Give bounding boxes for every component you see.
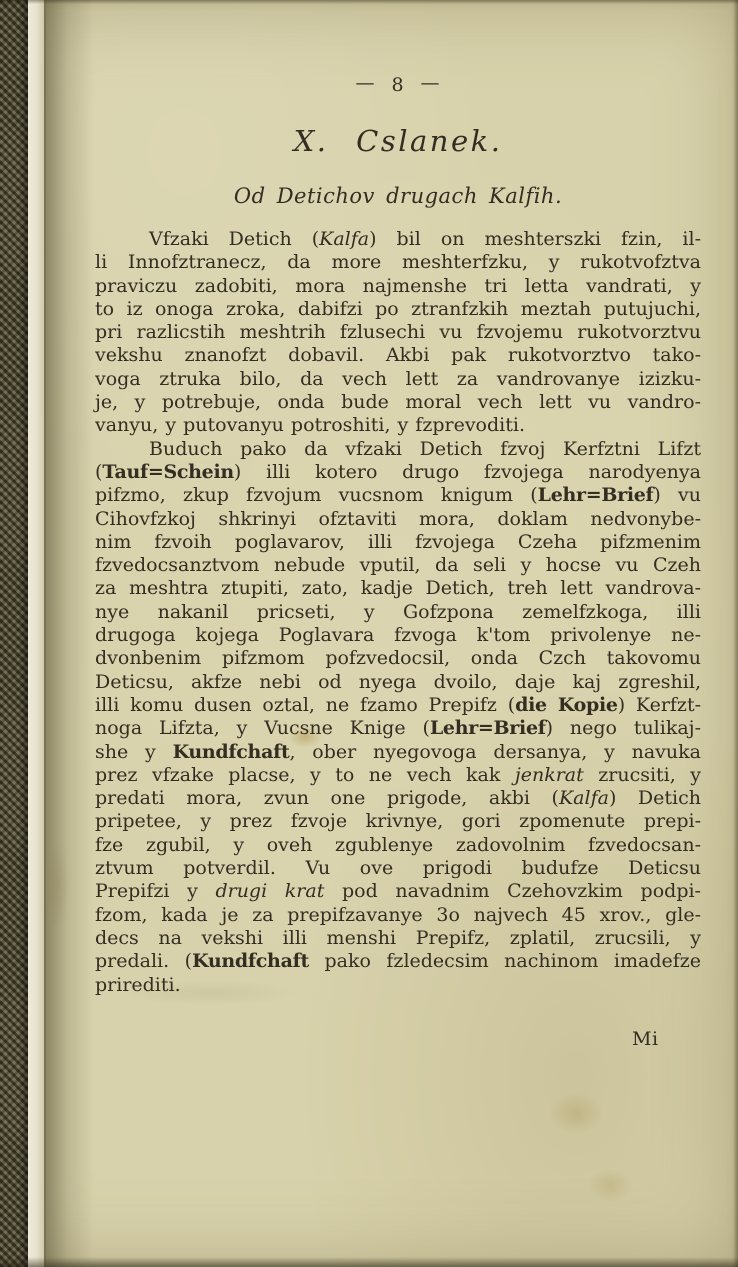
text-line: voga ztruka bilo, da vech lett za vandro… [95,368,701,391]
text-segment: to iz onoga zroka, dabifzi po ztranfzkih… [95,298,701,320]
text-segment: pripetee, y prez fzvoje krivnye, gori zp… [95,810,701,832]
text-segment: Deticsu, akfze nebi od nyega dvoilo, daj… [95,671,701,693]
text-segment: praviczu zadobiti, mora najmenshe tri le… [95,275,701,297]
text-block: Vfzaki Detich (Kalfa) bil on meshterszki… [95,228,701,997]
text-line: vanyu, y putovanyu potroshiti, y fzprevo… [95,414,701,437]
text-line: fzom, kada je za prepifzavanye 3o najvec… [95,904,701,927]
text-line: drugoga kojega Poglavara fzvoga k'tom pr… [95,624,701,647]
text-segment: drugoga kojega Poglavara fzvoga k'tom pr… [95,624,701,646]
text-segment: prirediti. [95,974,181,996]
text-line: je, y potrebuje, onda bude moral vech le… [95,391,701,414]
text-segment: zrucsiti, y [584,764,701,786]
text-line: she y Kundfchaft, ober nyegovoga dersany… [95,741,701,764]
text-segment: nye nakanil pricseti, y Gofzpona zemelfz… [95,601,701,623]
text-line: illi komu dusen oztal, ne fzamo Prepifz … [95,694,701,717]
text-segment: Vfzaki Detich ( [149,228,319,250]
text-line: prirediti. [95,974,701,997]
italic-text-segment: Kalfa [319,228,369,250]
gutter-shadow [46,0,94,1267]
text-segment: she y [95,741,173,763]
text-line: pripetee, y prez fzvoje krivnye, gori zp… [95,810,701,833]
text-line: vekshu znanofzt dobavil. Akbi pak rukotv… [95,344,701,367]
text-line: Prepifzi y drugi krat pod navadnim Czeho… [95,880,701,903]
text-line: Vfzaki Detich (Kalfa) bil on meshterszki… [95,228,701,251]
text-segment: dvonbenim pifzmom pofzvedocsil, onda Czc… [95,647,701,669]
fraktur-text-segment: Lehr=Brief [538,484,654,506]
text-segment: nim fzvoih poglavarov, illi fzvojega Cze… [95,531,701,553]
text-segment: je, y potrebuje, onda bude moral vech le… [95,391,701,413]
text-line: fzvedocsanztvom nebude vputil, da seli y… [95,554,701,577]
text-segment: prez vfzake placse, y to ne vech kak [95,764,515,786]
text-line: fze zgubil, y oveh zgublenye zadovolnim … [95,834,701,857]
text-line: Deticsu, akfze nebi od nyega dvoilo, daj… [95,671,701,694]
text-segment: pifzmo, zkup fzvojum vucsnom knigum ( [95,484,538,506]
text-line: prez vfzake placse, y to ne vech kak jen… [95,764,701,787]
text-segment: pri razlicstih meshtrih fzlusechi vu fzv… [95,321,701,343]
scanned-book-page: —8— X. Cslanek. Od Detichov drugach Kalf… [0,0,738,1267]
header-dash-left: — [355,72,375,94]
text-line: praviczu zadobiti, mora najmenshe tri le… [95,275,701,298]
text-segment: za meshtra ztupiti, zato, kadje Detich, … [95,577,701,599]
text-segment: voga ztruka bilo, da vech lett za vandro… [95,368,701,390]
page-right-edge [733,0,738,1267]
text-segment: li Innofztranecz, da more meshterfzku, y… [95,251,701,273]
text-line: Buduch pako da vfzaki Detich fzvoj Kerfz… [95,438,701,461]
fraktur-text-segment: Kundfchaft [192,950,309,972]
fraktur-text-segment: die Kopie [515,694,618,716]
text-line: to iz onoga zroka, dabifzi po ztranfzkih… [95,298,701,321]
book-binding-cloth [0,0,28,1267]
catchword: Mi [632,1028,659,1050]
text-segment: ) vu [653,484,701,506]
text-segment: ) illi kotero drugo fzvojega narodyenya [234,461,701,483]
text-segment: Cihovfzkoj shkrinyi ofztaviti mora, dokl… [95,508,701,530]
text-segment: illi komu dusen oztal, ne fzamo Prepifz … [95,694,515,716]
text-segment: predali. ( [95,950,192,972]
text-line: decs na vekshi illi menshi Prepifz, zpla… [95,927,701,950]
page-content: —8— X. Cslanek. Od Detichov drugach Kalf… [95,0,701,1267]
page-edge-strip [28,0,46,1267]
text-segment: ) Detich [609,787,701,809]
text-line: pifzmo, zkup fzvojum vucsnom knigum (Leh… [95,484,701,507]
text-line: li Innofztranecz, da more meshterfzku, y… [95,251,701,274]
text-segment: ) nego tulikaj- [546,717,701,739]
text-line: nim fzvoih poglavarov, illi fzvojega Cze… [95,531,701,554]
text-segment: predati mora, zvun one prigode, akbi ( [95,787,559,809]
italic-text-segment: drugi krat [215,880,324,902]
text-segment: ztvum potverdil. Vu ove prigodi budufze … [95,857,701,879]
page-number: 8 [391,74,404,96]
text-segment: vekshu znanofzt dobavil. Akbi pak rukotv… [95,344,701,366]
text-segment: pako fzledecsim nachinom imadefze [309,950,701,972]
text-line: predali. (Kundfchaft pako fzledecsim nac… [95,950,701,973]
text-line: nye nakanil pricseti, y Gofzpona zemelfz… [95,601,701,624]
text-segment: fze zgubil, y oveh zgublenye zadovolnim … [95,834,701,856]
text-line: (Tauf=Schein) illi kotero drugo fzvojega… [95,461,701,484]
text-segment: Buduch pako da vfzaki Detich fzvoj Kerfz… [149,438,701,460]
text-segment: pod navadnim Czehovzkim podpi- [324,880,701,902]
text-line: Cihovfzkoj shkrinyi ofztaviti mora, dokl… [95,508,701,531]
text-line: noga Lifzta, y Vucsne Knige (Lehr=Brief)… [95,717,701,740]
chapter-title: X. Cslanek. [95,124,701,158]
text-segment: , ober nyegovoga dersanya, y navuka [289,741,701,763]
text-line: predati mora, zvun one prigode, akbi (Ka… [95,787,701,810]
italic-text-segment: Kalfa [559,787,609,809]
fraktur-text-segment: Tauf=Schein [102,461,233,483]
italic-text-segment: jenkrat [515,764,584,786]
text-segment: vanyu, y putovanyu potroshiti, y fzprevo… [95,414,525,436]
text-line: dvonbenim pifzmom pofzvedocsil, onda Czc… [95,647,701,670]
text-line: ztvum potverdil. Vu ove prigodi budufze … [95,857,701,880]
text-segment: decs na vekshi illi menshi Prepifz, zpla… [95,927,701,949]
fraktur-text-segment: Lehr=Brief [430,717,546,739]
text-segment: fzvedocsanztvom nebude vputil, da seli y… [95,554,701,576]
fraktur-text-segment: Kundfchaft [173,741,290,763]
text-segment: noga Lifzta, y Vucsne Knige ( [95,717,430,739]
header-dash-right: — [421,72,441,94]
page-header: —8— [95,74,701,96]
text-line: pri razlicstih meshtrih fzlusechi vu fzv… [95,321,701,344]
chapter-subtitle: Od Detichov drugach Kalfih. [95,184,701,208]
text-segment: Prepifzi y [95,880,215,902]
text-segment: fzom, kada je za prepifzavanye 3o najvec… [95,904,701,926]
text-segment: ) Kerfzt- [618,694,701,716]
text-line: za meshtra ztupiti, zato, kadje Detich, … [95,577,701,600]
text-segment: ) bil on meshterszki fzin, il- [369,228,701,250]
